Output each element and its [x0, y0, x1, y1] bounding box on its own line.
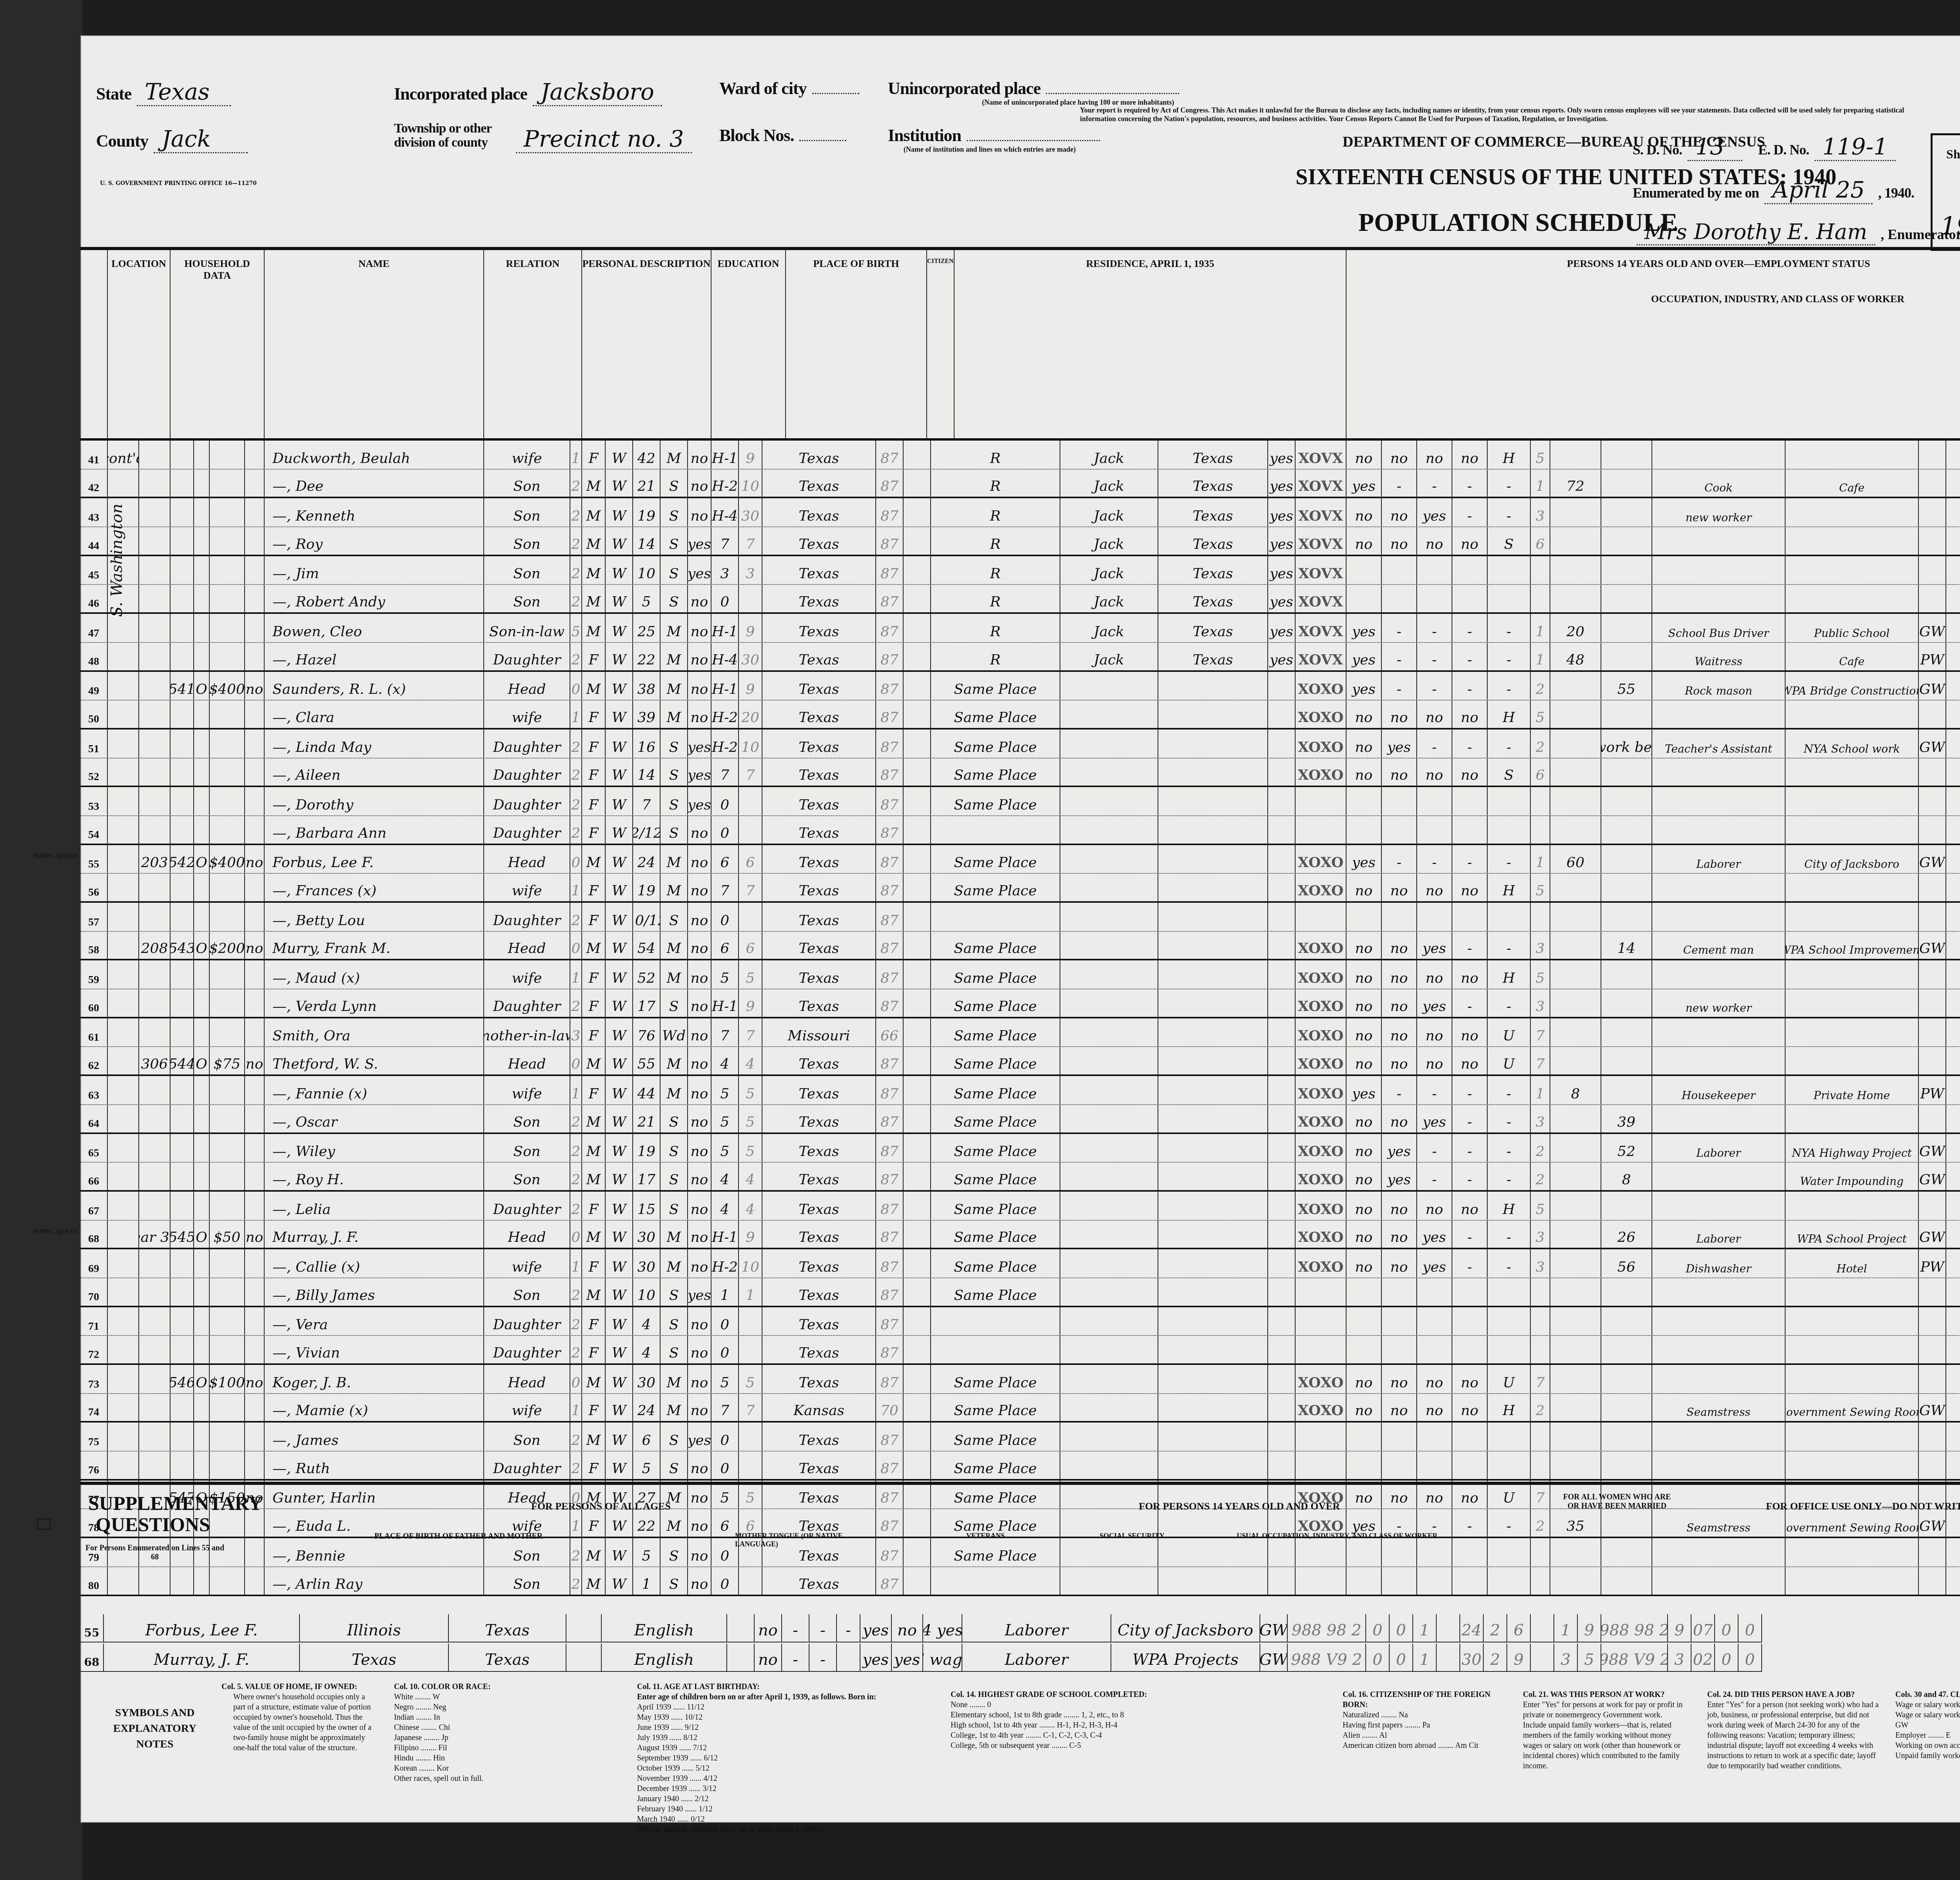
cell-col21 — [1347, 816, 1382, 844]
note-item: March 1940 ...... 0/12 — [637, 1814, 931, 1824]
cell-birthplace: Texas — [762, 1365, 876, 1393]
cell-grade: H-1 — [711, 441, 739, 469]
cell-colF — [1946, 874, 1960, 901]
cell-codeC: 87 — [876, 556, 904, 584]
cell-colD: XOXO — [1296, 1365, 1347, 1393]
cell-marital: S — [661, 1336, 688, 1363]
cell-col21: no — [1347, 874, 1382, 901]
cell-grade: 7 — [711, 874, 739, 901]
cell-colD: XOXO — [1296, 1221, 1347, 1248]
cell-colD — [1296, 1307, 1347, 1336]
cell-colD: XOVX — [1296, 614, 1347, 642]
cell-relation: mother-in-law — [484, 1018, 570, 1047]
cell-state — [1158, 1278, 1268, 1306]
cell-own — [194, 1105, 210, 1132]
cell-col23 — [1417, 556, 1452, 584]
supp-cell-usual_ind: WPA Projects — [1111, 1644, 1260, 1671]
cell-birthplace: Texas — [762, 787, 876, 815]
cell-name: —, Callie (x) — [265, 1249, 484, 1278]
cell-industry — [1786, 816, 1919, 844]
cell-farm — [245, 1076, 265, 1104]
cell-colF — [1946, 1076, 1960, 1104]
cell-county — [1060, 700, 1158, 728]
cell-sex: F — [582, 441, 606, 469]
cell-codeA: 2 — [570, 585, 582, 612]
office-cell — [1437, 1614, 1460, 1642]
cell-hours — [1550, 1249, 1601, 1278]
cell-col25: U — [1488, 1018, 1531, 1047]
cell-relation: Son — [484, 556, 570, 584]
cell-sex: F — [582, 874, 606, 901]
cell-state — [1158, 1336, 1268, 1363]
note-col30: Cols. 30 and 47. CLASS OF WORKER: Wage o… — [1895, 1689, 1960, 1761]
cell-c16 — [904, 729, 931, 758]
cell-sex: M — [582, 1047, 606, 1074]
cell-value — [210, 643, 245, 670]
cell-marital: M — [661, 700, 688, 728]
cell-industry — [1786, 700, 1919, 728]
cell-hours — [1550, 1047, 1601, 1074]
cell-name: —, Betty Lou — [265, 903, 484, 931]
supp-cell-vet3: - — [809, 1644, 837, 1671]
cell-colE: 2 — [1531, 729, 1550, 758]
cell-city: R — [931, 556, 1060, 584]
cell-industry: Private Home — [1786, 1076, 1919, 1104]
table-row: 73546O$100noKoger, J. B.Head0MW30Mno55Te… — [80, 1365, 1960, 1394]
cell-farm35: yes — [1268, 643, 1296, 670]
cell-industry: Hotel — [1786, 1249, 1919, 1278]
cell-sex: M — [582, 614, 606, 642]
line-number: 55 — [80, 845, 108, 873]
cell-street: cont'd — [108, 441, 139, 469]
cell-race: W — [606, 1307, 633, 1336]
cell-house — [139, 989, 171, 1017]
cell-occupation: Cook — [1652, 470, 1786, 497]
cell-colE: 5 — [1531, 960, 1550, 989]
enumerated-date-field: Enumerated by me on April 25 , 1940. — [1633, 176, 1914, 204]
table-row: 41cont'dDuckworth, Beulahwife1FW42MnoH-1… — [80, 441, 1960, 470]
cell-colE: 6 — [1531, 527, 1550, 555]
cell-race: W — [606, 1423, 633, 1451]
cell-class: GW — [1919, 1394, 1946, 1421]
cell-col25: - — [1488, 1134, 1531, 1162]
cell-sex: M — [582, 498, 606, 526]
cell-sex: F — [582, 643, 606, 670]
cell-relation: Head — [484, 1365, 570, 1393]
cell-colD: XOXO — [1296, 1134, 1347, 1162]
cell-weeks_unemp — [1601, 1192, 1652, 1220]
cell-col23: yes — [1417, 989, 1452, 1017]
enumerated-date: April 25 — [1764, 176, 1873, 204]
cell-state: Texas — [1158, 556, 1268, 584]
cell-marital: M — [661, 1394, 688, 1421]
cell-birthplace: Texas — [762, 672, 876, 700]
cell-codeA: 2 — [570, 527, 582, 555]
cell-farm — [245, 556, 265, 584]
cell-farm35: yes — [1268, 470, 1296, 497]
line-number: 50 — [80, 700, 108, 728]
cell-col25: H — [1488, 441, 1531, 469]
cell-grade: H-1 — [711, 989, 739, 1017]
cell-hh — [171, 1307, 194, 1336]
cell-city: R — [931, 643, 1060, 670]
cell-hours — [1550, 1394, 1601, 1421]
cell-hh — [171, 556, 194, 584]
cell-col22: - — [1382, 672, 1417, 700]
supplementary-row: 55Forbus, Lee F.IllinoisTexasEnglishno--… — [80, 1614, 1762, 1642]
cell-col25: - — [1488, 729, 1531, 758]
cell-occupation — [1652, 1018, 1786, 1047]
cell-col22: - — [1382, 845, 1417, 873]
cell-birthplace: Texas — [762, 585, 876, 612]
cell-city: Same Place — [931, 1249, 1060, 1278]
cell-weeks_unemp — [1601, 1278, 1652, 1306]
cell-county — [1060, 729, 1158, 758]
table-row: 58208543O$200noMurry, Frank M.Head0MW54M… — [80, 932, 1960, 961]
cell-own — [194, 441, 210, 469]
cell-col21: yes — [1347, 470, 1382, 497]
cell-county — [1060, 1221, 1158, 1248]
cell-state — [1158, 787, 1268, 815]
cell-own: O — [194, 932, 210, 959]
cell-farm — [245, 1307, 265, 1336]
cell-colE: 1 — [1531, 470, 1550, 497]
cell-race: W — [606, 1163, 633, 1190]
cell-col21: no — [1347, 1221, 1382, 1248]
cell-marital: S — [661, 989, 688, 1017]
cell-col24: - — [1452, 989, 1488, 1017]
cell-colF — [1946, 903, 1960, 931]
cell-own: O — [194, 1365, 210, 1393]
cell-class: GW — [1919, 845, 1946, 873]
office-cell: 3 — [1668, 1644, 1691, 1671]
cell-colD: XOXO — [1296, 845, 1347, 873]
cell-marital: M — [661, 672, 688, 700]
cell-value — [210, 1076, 245, 1104]
cell-hh — [171, 729, 194, 758]
cell-codeA: 0 — [570, 672, 582, 700]
cell-col21 — [1347, 903, 1382, 931]
cell-codeB: 4 — [739, 1163, 762, 1190]
cell-col23 — [1417, 1278, 1452, 1306]
cell-grade: H-2 — [711, 729, 739, 758]
cell-sex: F — [582, 989, 606, 1017]
cell-school: no — [688, 643, 711, 670]
cell-col25: - — [1488, 1076, 1531, 1104]
cell-colE: 1 — [1531, 614, 1550, 642]
cell-colD: XOXO — [1296, 1105, 1347, 1132]
ed-value: 119-1 — [1815, 133, 1896, 161]
cell-c16 — [904, 1307, 931, 1336]
cell-value — [210, 960, 245, 989]
supp-cell-ss1: yes — [860, 1644, 892, 1671]
cell-c16 — [904, 787, 931, 815]
cell-class — [1919, 498, 1946, 526]
cell-farm35: yes — [1268, 614, 1296, 642]
cell-grade: 0 — [711, 787, 739, 815]
cell-sex: F — [582, 700, 606, 728]
cell-col23: - — [1417, 643, 1452, 670]
explanatory-notes: SYMBOLS AND EXPLANATORY NOTES Col. 5. VA… — [80, 1682, 1960, 1807]
township-value: Precinct no. 3 — [516, 125, 692, 153]
cell-relation: Head — [484, 845, 570, 873]
cell-own — [194, 1336, 210, 1363]
cell-street — [108, 1192, 139, 1220]
cell-race: W — [606, 759, 633, 786]
cell-codeC: 87 — [876, 1278, 904, 1306]
cell-county — [1060, 1278, 1158, 1306]
cell-hh — [171, 1134, 194, 1162]
cell-codeB: 7 — [739, 1018, 762, 1047]
cell-weeks_unemp: 8 — [1601, 1163, 1652, 1190]
cell-own — [194, 1163, 210, 1190]
cell-codeC: 87 — [876, 787, 904, 815]
cell-col24: - — [1452, 672, 1488, 700]
cell-race: W — [606, 903, 633, 931]
cell-occupation: new worker — [1652, 498, 1786, 526]
county-field: County Jack — [96, 125, 248, 153]
cell-weeks_unemp — [1601, 556, 1652, 584]
cell-farm — [245, 470, 265, 497]
cell-col22 — [1382, 1307, 1417, 1336]
cell-industry — [1786, 1105, 1919, 1132]
cell-state — [1158, 874, 1268, 901]
cell-colD: XOXO — [1296, 1163, 1347, 1190]
cell-codeB: 5 — [739, 1105, 762, 1132]
note-item: April 1939 ...... 11/12 — [637, 1702, 931, 1712]
cell-grade: H-2 — [711, 470, 739, 497]
header-personal: PERSONAL DESCRIPTION — [582, 250, 711, 438]
cell-c16 — [904, 1452, 931, 1479]
cell-own: O — [194, 672, 210, 700]
cell-codeC: 87 — [876, 1307, 904, 1336]
cell-birthplace: Texas — [762, 614, 876, 642]
cell-codeB: 10 — [739, 470, 762, 497]
table-row: 67—, LeliaDaughter2FW15Sno44Texas87Same … — [80, 1192, 1960, 1221]
cell-grade: 7 — [711, 759, 739, 786]
cell-colE — [1531, 903, 1550, 931]
cell-hh — [171, 1394, 194, 1421]
cell-colE: 7 — [1531, 1365, 1550, 1393]
cell-marital: S — [661, 1192, 688, 1220]
cell-col23 — [1417, 1423, 1452, 1451]
cell-col25: - — [1488, 498, 1531, 526]
cell-farm — [245, 527, 265, 555]
cell-city: Same Place — [931, 1365, 1060, 1393]
cell-city — [931, 1336, 1060, 1363]
cell-colF — [1946, 498, 1960, 526]
cell-col22 — [1382, 556, 1417, 584]
cell-colD: XOXO — [1296, 874, 1347, 901]
header-relation: RELATION — [484, 250, 582, 438]
cell-value — [210, 729, 245, 758]
cell-street — [108, 729, 139, 758]
cell-sex: F — [582, 1018, 606, 1047]
cell-marital: M — [661, 614, 688, 642]
cell-county — [1060, 932, 1158, 959]
cell-birthplace: Texas — [762, 1192, 876, 1220]
cell-farm — [245, 1336, 265, 1363]
cell-occupation: new worker — [1652, 989, 1786, 1017]
cell-col22: no — [1382, 1221, 1417, 1248]
cell-county — [1060, 1134, 1158, 1162]
line-number: 72 — [80, 1336, 108, 1363]
cell-codeB: 9 — [739, 672, 762, 700]
cell-codeA: 2 — [570, 470, 582, 497]
cell-farm — [245, 1192, 265, 1220]
cell-birthplace: Texas — [762, 1105, 876, 1132]
cell-name: —, Frances (x) — [265, 874, 484, 901]
column-headers: LOCATION HOUSEHOLD DATA NAME RELATION PE… — [80, 250, 1960, 441]
cell-age: 5 — [633, 585, 661, 612]
cell-industry — [1786, 1047, 1919, 1074]
cell-occupation: Laborer — [1652, 845, 1786, 873]
film-margin — [0, 0, 82, 1880]
cell-weeks_unemp — [1601, 470, 1652, 497]
cell-house — [139, 1278, 171, 1306]
cell-school: yes — [688, 556, 711, 584]
cell-sex: M — [582, 1365, 606, 1393]
cell-codeC: 87 — [876, 643, 904, 670]
office-cell: 988 98 2 — [1601, 1614, 1668, 1642]
cell-farm35 — [1268, 816, 1296, 844]
cell-own — [194, 1394, 210, 1421]
cell-col21 — [1347, 556, 1382, 584]
cell-codeB: 5 — [739, 1076, 762, 1104]
cell-col22 — [1382, 903, 1417, 931]
cell-county — [1060, 1336, 1158, 1363]
cell-colD: XOXO — [1296, 989, 1347, 1017]
cell-farm: no — [245, 932, 265, 959]
table-row: 64—, OscarSon2MW21Sno55Texas87Same Place… — [80, 1105, 1960, 1134]
cell-colD — [1296, 816, 1347, 844]
office-cell: 1 — [1554, 1614, 1578, 1642]
cell-col24 — [1452, 1452, 1488, 1479]
street-name: S. Washington — [108, 504, 126, 617]
cell-codeC: 87 — [876, 932, 904, 959]
block-field: Block Nos. — [719, 125, 846, 145]
cell-hh — [171, 960, 194, 989]
cell-codeC: 87 — [876, 989, 904, 1017]
cell-age: 16 — [633, 729, 661, 758]
cell-weeks_unemp — [1601, 903, 1652, 931]
office-cell: 5 — [1578, 1644, 1601, 1671]
cell-hours — [1550, 1163, 1601, 1190]
cell-col25 — [1488, 556, 1531, 584]
cell-state: Texas — [1158, 585, 1268, 612]
cell-birthplace: Kansas — [762, 1394, 876, 1421]
cell-col21: no — [1347, 1365, 1382, 1393]
cell-col24: no — [1452, 874, 1488, 901]
cell-colD: XOXO — [1296, 759, 1347, 786]
table-row: 42—, DeeSon2MW21SnoH-210Texas87RJackTexa… — [80, 470, 1960, 499]
cell-birthplace: Texas — [762, 816, 876, 844]
cell-col25 — [1488, 585, 1531, 612]
cell-industry — [1786, 787, 1919, 815]
cell-house — [139, 729, 171, 758]
cell-birthplace: Texas — [762, 903, 876, 931]
cell-street — [108, 932, 139, 959]
cell-state — [1158, 1018, 1268, 1047]
cell-state — [1158, 816, 1268, 844]
cell-birthplace: Missouri — [762, 1018, 876, 1047]
cell-own — [194, 527, 210, 555]
cell-occupation — [1652, 874, 1786, 901]
line-number: 46 — [80, 585, 108, 612]
cell-hh: 546 — [171, 1365, 194, 1393]
cell-c16 — [904, 1163, 931, 1190]
cell-codeC: 87 — [876, 700, 904, 728]
cell-colF — [1946, 1192, 1960, 1220]
cell-colD: XOXO — [1296, 1018, 1347, 1047]
cell-colE: 2 — [1531, 1163, 1550, 1190]
cell-hours: 48 — [1550, 643, 1601, 670]
supp-cell-code: 988 V9 2 — [1288, 1644, 1366, 1671]
cell-codeA: 1 — [570, 1076, 582, 1104]
cell-hours — [1550, 787, 1601, 815]
cell-race: W — [606, 1336, 633, 1363]
cell-col22: no — [1382, 498, 1417, 526]
cell-sex: F — [582, 903, 606, 931]
cell-hh — [171, 614, 194, 642]
table-row: 48—, HazelDaughter2FW22MnoH-430Texas87RJ… — [80, 643, 1960, 672]
cell-codeB: 4 — [739, 1192, 762, 1220]
cell-colD: XOVX — [1296, 556, 1347, 584]
cell-col22 — [1382, 1423, 1417, 1451]
cell-race: W — [606, 470, 633, 497]
cell-birthplace: Texas — [762, 1249, 876, 1278]
cell-col24 — [1452, 816, 1488, 844]
cell-state: Texas — [1158, 441, 1268, 469]
cell-farm — [245, 960, 265, 989]
cell-own — [194, 759, 210, 786]
cell-value — [210, 1336, 245, 1363]
cell-house — [139, 556, 171, 584]
cell-colF — [1946, 960, 1960, 989]
cell-weeks_unemp — [1601, 643, 1652, 670]
cell-weeks_unemp — [1601, 1423, 1652, 1451]
cell-col24 — [1452, 1423, 1488, 1451]
cell-race: W — [606, 1452, 633, 1479]
cell-age: 55 — [633, 1047, 661, 1074]
cell-codeB: 9 — [739, 614, 762, 642]
cell-codeC: 87 — [876, 1076, 904, 1104]
office-cell: 2 — [1484, 1644, 1507, 1671]
table-row: 62306544O$75noThetford, W. S.Head0MW55Mn… — [80, 1047, 1960, 1076]
cell-class — [1919, 874, 1946, 901]
cell-codeA: 2 — [570, 1163, 582, 1190]
cell-house — [139, 700, 171, 728]
cell-house — [139, 1105, 171, 1132]
cell-codeB: 30 — [739, 498, 762, 526]
cell-name: Bowen, Cleo — [265, 614, 484, 642]
line-number: 61 — [80, 1018, 108, 1047]
cell-age: 44 — [633, 1076, 661, 1104]
cell-col25: H — [1488, 960, 1531, 989]
household-continued-checkbox[interactable] — [37, 1519, 51, 1530]
cell-codeB — [739, 787, 762, 815]
table-row: 43—, KennethSon2MW19SnoH-430Texas87RJack… — [80, 498, 1960, 527]
table-row: 63—, Fannie (x)wife1FW44Mno55Texas87Same… — [80, 1076, 1960, 1105]
cell-hh — [171, 1076, 194, 1104]
cell-county — [1060, 672, 1158, 700]
cell-col22 — [1382, 816, 1417, 844]
cell-birthplace: Texas — [762, 1307, 876, 1336]
cell-industry — [1786, 1336, 1919, 1363]
cell-relation: Son-in-law — [484, 614, 570, 642]
cell-colD: XOXO — [1296, 672, 1347, 700]
cell-farm — [245, 903, 265, 931]
